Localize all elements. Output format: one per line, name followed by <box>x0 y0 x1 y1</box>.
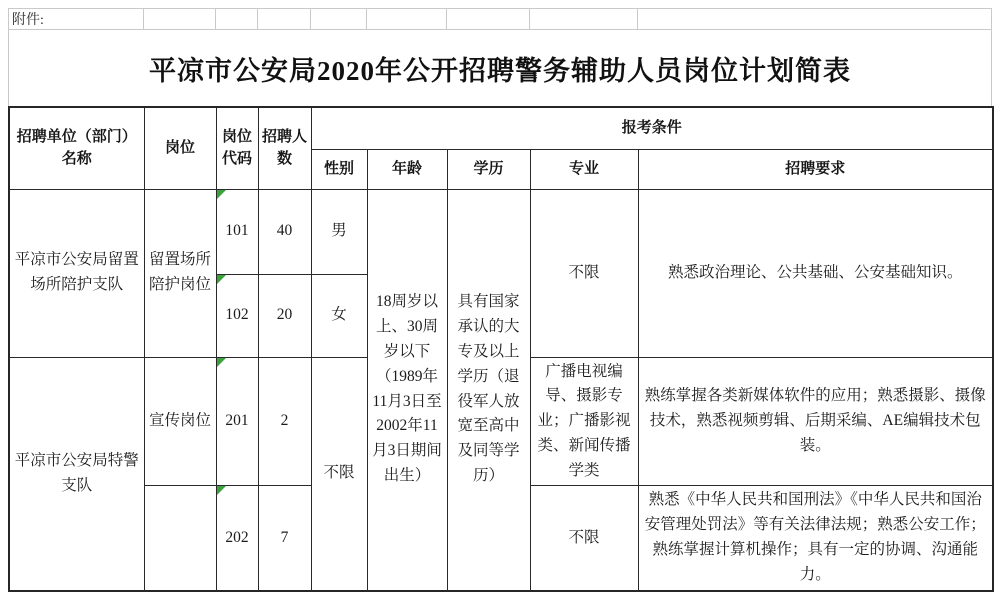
header-conditions: 报考条件 <box>311 107 993 149</box>
code-value: 102 <box>225 306 248 323</box>
grid-cell <box>311 9 367 29</box>
cell-count-101: 40 <box>258 189 311 274</box>
cell-age-shared: 18周岁以上、30周岁以下（1989年11月3日至2002年11月3日期间出生） <box>367 189 447 591</box>
grid-cell <box>367 9 447 29</box>
grid-cell-attachment: 附件: <box>9 9 144 29</box>
recruitment-plan-table: 招聘单位（部门）名称 岗位 岗位代码 招聘人数 报考条件 性别 年龄 学历 专业… <box>8 106 994 592</box>
cell-unit-2: 平凉市公安局特警支队 <box>9 357 144 591</box>
spreadsheet-gridline-row: 附件: <box>8 8 992 30</box>
cell-count-102: 20 <box>258 274 311 357</box>
cell-error-marker-icon <box>217 358 226 367</box>
header-gender: 性别 <box>311 149 367 189</box>
header-position: 岗位 <box>144 107 216 189</box>
code-value: 201 <box>225 412 248 429</box>
cell-gender-101: 男 <box>311 189 367 274</box>
grid-cell <box>216 9 258 29</box>
cell-count-201: 2 <box>258 357 311 486</box>
grid-cell <box>638 9 987 29</box>
grid-cell <box>530 9 638 29</box>
header-age: 年龄 <box>367 149 447 189</box>
cell-error-marker-icon <box>217 486 226 495</box>
cell-unit-1: 平凉市公安局留置场所陪护支队 <box>9 189 144 357</box>
document-sheet: 附件: 平凉市公安局2020年公开招聘警务辅助人员岗位计划简表 招聘单位（部门）… <box>8 8 992 592</box>
header-major: 专业 <box>530 149 638 189</box>
cell-position-1: 留置场所陪护岗位 <box>144 189 216 357</box>
header-unit: 招聘单位（部门）名称 <box>9 107 144 189</box>
code-value: 202 <box>225 529 248 546</box>
grid-cell <box>447 9 530 29</box>
header-count: 招聘人数 <box>258 107 311 189</box>
cell-code-101: 101 <box>216 189 258 274</box>
cell-code-102: 102 <box>216 274 258 357</box>
cell-requirements-rows12: 熟悉政治理论、公共基础、公安基础知识。 <box>638 189 993 357</box>
title-band: 平凉市公安局2020年公开招聘警务辅助人员岗位计划简表 <box>8 30 992 106</box>
grid-cell <box>258 9 311 29</box>
cell-gender-102: 女 <box>311 274 367 357</box>
cell-error-marker-icon <box>217 190 226 199</box>
attachment-label: 附件: <box>9 9 44 29</box>
table-row: 平凉市公安局留置场所陪护支队 留置场所陪护岗位 101 40 男 18周岁以上、… <box>9 189 993 274</box>
code-value: 101 <box>225 222 248 239</box>
cell-gender-rows34: 不限 <box>311 357 367 591</box>
cell-error-marker-icon <box>217 275 226 284</box>
cell-code-201: 201 <box>216 357 258 486</box>
header-code: 岗位代码 <box>216 107 258 189</box>
header-education: 学历 <box>447 149 530 189</box>
grid-cell <box>144 9 216 29</box>
page-title: 平凉市公安局2020年公开招聘警务辅助人员岗位计划简表 <box>149 49 851 88</box>
cell-position-201: 宣传岗位 <box>144 357 216 486</box>
cell-major-201: 广播电视编导、摄影专业；广播影视类、新闻传播学类 <box>530 357 638 486</box>
cell-major-rows12: 不限 <box>530 189 638 357</box>
cell-requirements-201: 熟练掌握各类新媒体软件的应用；熟悉摄影、摄像技术，熟悉视频剪辑、后期采编、AE编… <box>638 357 993 486</box>
header-requirements: 招聘要求 <box>638 149 993 189</box>
cell-education-shared: 具有国家承认的大专及以上学历（退役军人放宽至高中及同等学历） <box>447 189 530 591</box>
